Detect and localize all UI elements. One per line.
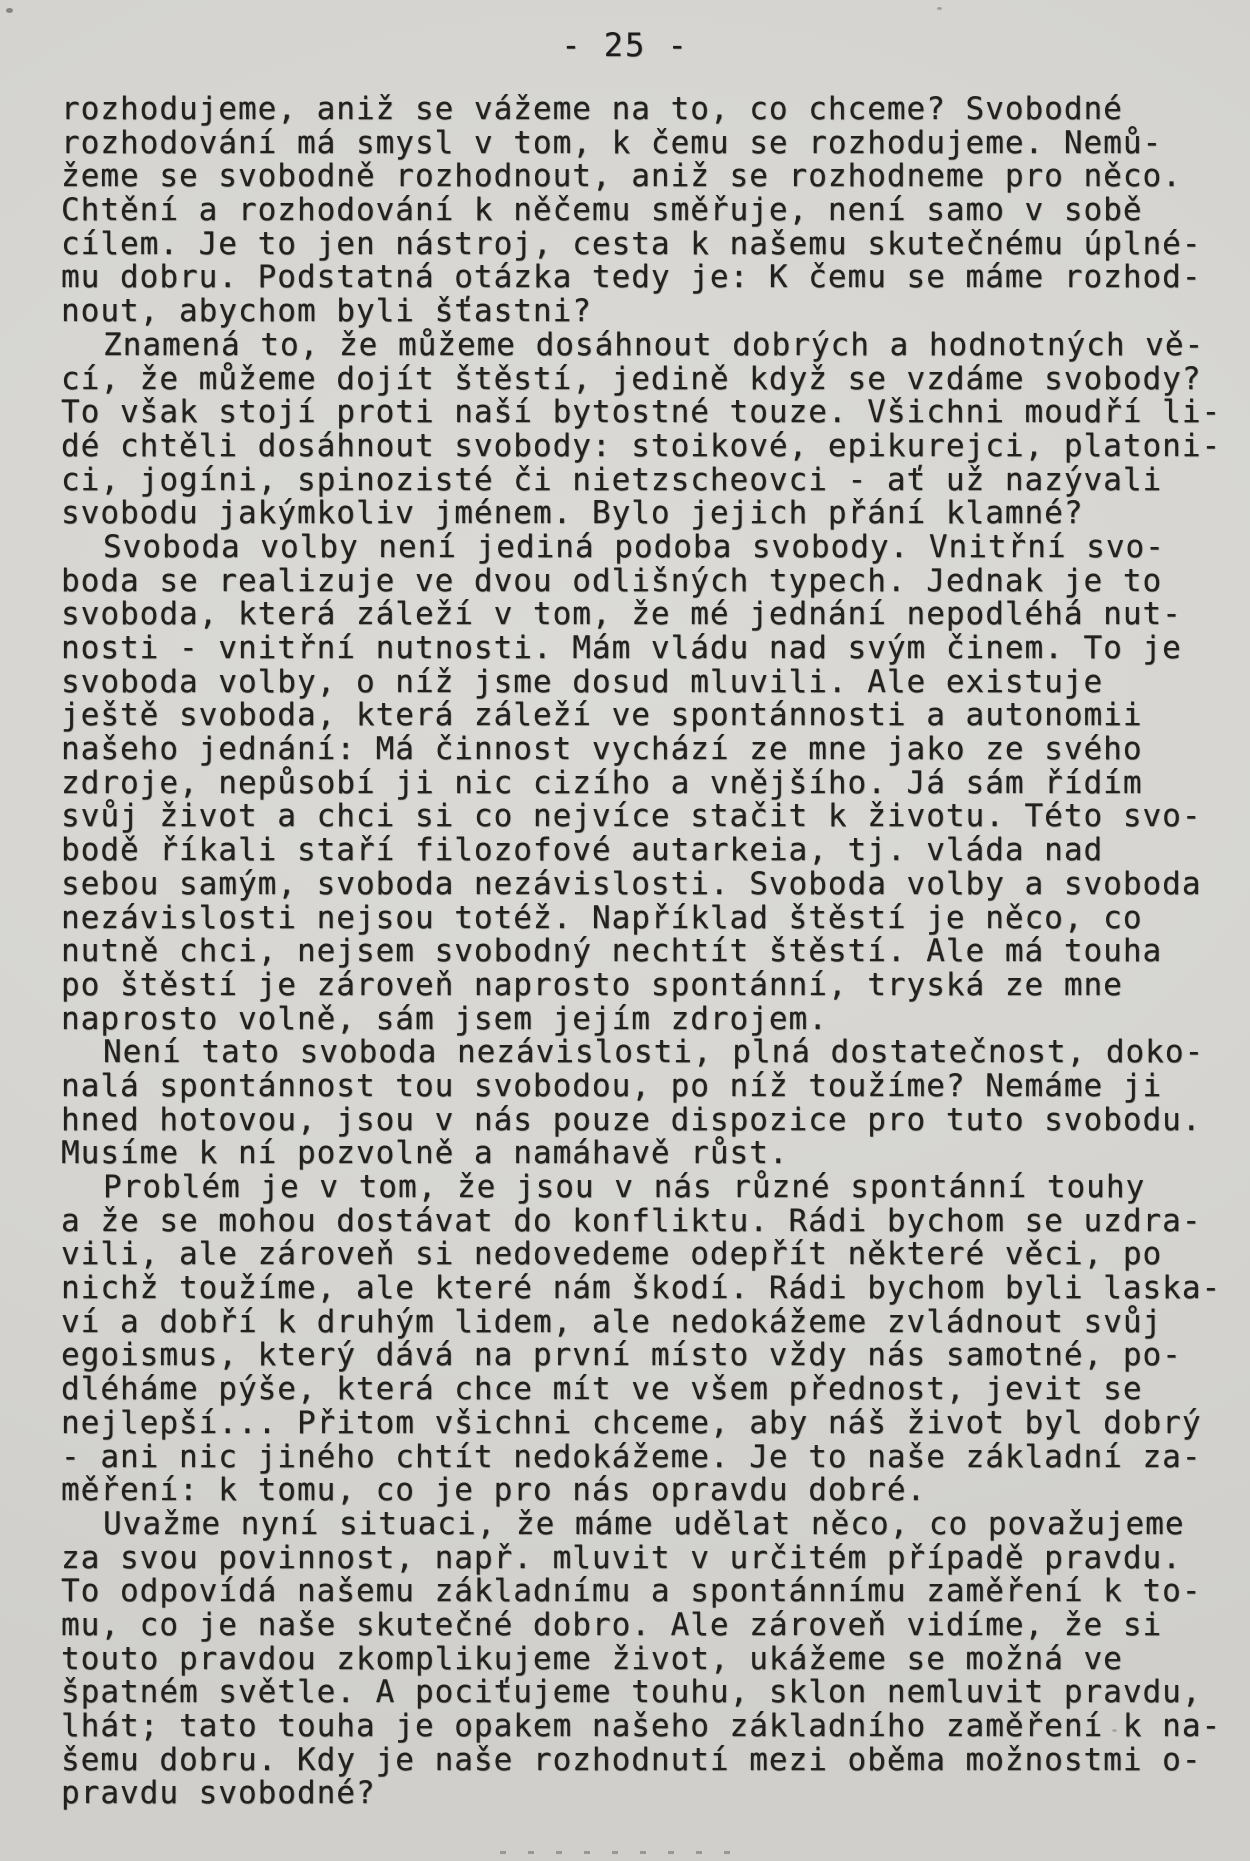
text-line: touto pravdou zkomplikujeme život, ukáže… [61, 1643, 1201, 1677]
text-line: Znamená to, že můžeme dosáhnout dobrých … [61, 329, 1201, 363]
text-line: po štěstí je zároveň naprosto spontánní,… [61, 969, 1201, 1003]
text-line: za svou povinnost, např. mluvit v určité… [61, 1542, 1201, 1576]
text-line: boda se realizuje ve dvou odlišných type… [61, 565, 1201, 599]
text-line: Problém je v tom, že jsou v nás různé sp… [61, 1171, 1201, 1205]
text-line: špatném světle. A pociťujeme touhu, sklo… [61, 1676, 1201, 1710]
body-text: rozhodujeme, aniž se vážeme na to, co ch… [61, 93, 1201, 1811]
text-line: Musíme k ní pozvolně a namáhavě růst. [61, 1137, 1201, 1171]
text-line: svobodu jakýmkoliv jménem. Bylo jejich p… [61, 497, 1201, 531]
text-line: zdroje, nepůsobí ji nic cizího a vnějšíh… [61, 767, 1201, 801]
text-line: Chtění a rozhodování k něčemu směřuje, n… [61, 194, 1201, 228]
text-line: šemu dobru. Kdy je naše rozhodnutí mezi … [61, 1744, 1201, 1778]
text-line: lhát; tato touha je opakem našeho základ… [61, 1710, 1201, 1744]
text-line: mu dobru. Podstatná otázka tedy je: K če… [61, 261, 1201, 295]
text-line: svůj život a chci si co nejvíce stačit k… [61, 800, 1201, 834]
text-line: vili, ale zároveň si nedovedeme odepřít … [61, 1238, 1201, 1272]
text-line: našeho jednání: Má činnost vychází ze mn… [61, 733, 1201, 767]
text-line: nejlepší... Přitom všichni chceme, aby n… [61, 1407, 1201, 1441]
text-line: svoboda, která záleží v tom, že mé jedná… [61, 598, 1201, 632]
text-line: - ani nic jiného chtít nedokážeme. Je to… [61, 1441, 1201, 1475]
text-line: nosti - vnitřní nutnosti. Mám vládu nad … [61, 632, 1201, 666]
text-line: To však stojí proti naší bytostné touze.… [61, 396, 1201, 430]
text-line: Svoboda volby není jediná podoba svobody… [61, 531, 1201, 565]
text-line: nichž toužíme, ale které nám škodí. Rádi… [61, 1272, 1201, 1306]
text-line: hned hotovou, jsou v nás pouze dispozice… [61, 1104, 1201, 1138]
text-line: naprosto volně, sám jsem jejím zdrojem. [61, 1003, 1201, 1037]
page-number: - 25 - [0, 26, 1250, 64]
text-line: dléháme pýše, která chce mít ve všem pře… [61, 1373, 1201, 1407]
text-line: svoboda volby, o níž jsme dosud mluvili.… [61, 666, 1201, 700]
document-page: - 25 - rozhodujeme, aniž se vážeme na to… [0, 0, 1250, 1861]
text-line: dé chtěli dosáhnout svobody: stoikové, e… [61, 430, 1201, 464]
text-line: a že se mohou dostávat do konfliktu. Rád… [61, 1205, 1201, 1239]
text-line: rozhodování má smysl v tom, k čemu se ro… [61, 127, 1201, 161]
text-line: rozhodujeme, aniž se vážeme na to, co ch… [61, 93, 1201, 127]
text-line: sebou samým, svoboda nezávislosti. Svobo… [61, 868, 1201, 902]
text-line: nout, abychom byli šťastni? [61, 295, 1201, 329]
text-line: pravdu svobodné? [61, 1777, 1201, 1811]
text-line: egoismus, který dává na první místo vždy… [61, 1339, 1201, 1373]
text-line: ještě svoboda, která záleží ve spontánno… [61, 699, 1201, 733]
text-line: nutně chci, nejsem svobodný nechtít štěs… [61, 935, 1201, 969]
text-line: měření: k tomu, co je pro nás opravdu do… [61, 1474, 1201, 1508]
text-line: cí, že můžeme dojít štěstí, jedině když … [61, 363, 1201, 397]
text-line: mu, co je naše skutečné dobro. Ale zárov… [61, 1609, 1201, 1643]
text-line: Není tato svoboda nezávislosti, plná dos… [61, 1036, 1201, 1070]
text-line: cílem. Je to jen nástroj, cesta k našemu… [61, 228, 1201, 262]
text-line: žeme se svobodně rozhodnout, aniž se roz… [61, 160, 1201, 194]
text-line: nezávislosti nejsou totéž. Například ště… [61, 902, 1201, 936]
text-line: Uvažme nyní situaci, že máme udělat něco… [61, 1508, 1201, 1542]
text-line: ci, jogíni, spinozisté či nietzscheovci … [61, 464, 1201, 498]
text-line: To odpovídá našemu základnímu a spontánn… [61, 1575, 1201, 1609]
text-line: bodě říkali staří filozofové autarkeia, … [61, 834, 1201, 868]
text-line: nalá spontánnost tou svobodou, po níž to… [61, 1070, 1201, 1104]
text-line: ví a dobří k druhým lidem, ale nedokážem… [61, 1306, 1201, 1340]
